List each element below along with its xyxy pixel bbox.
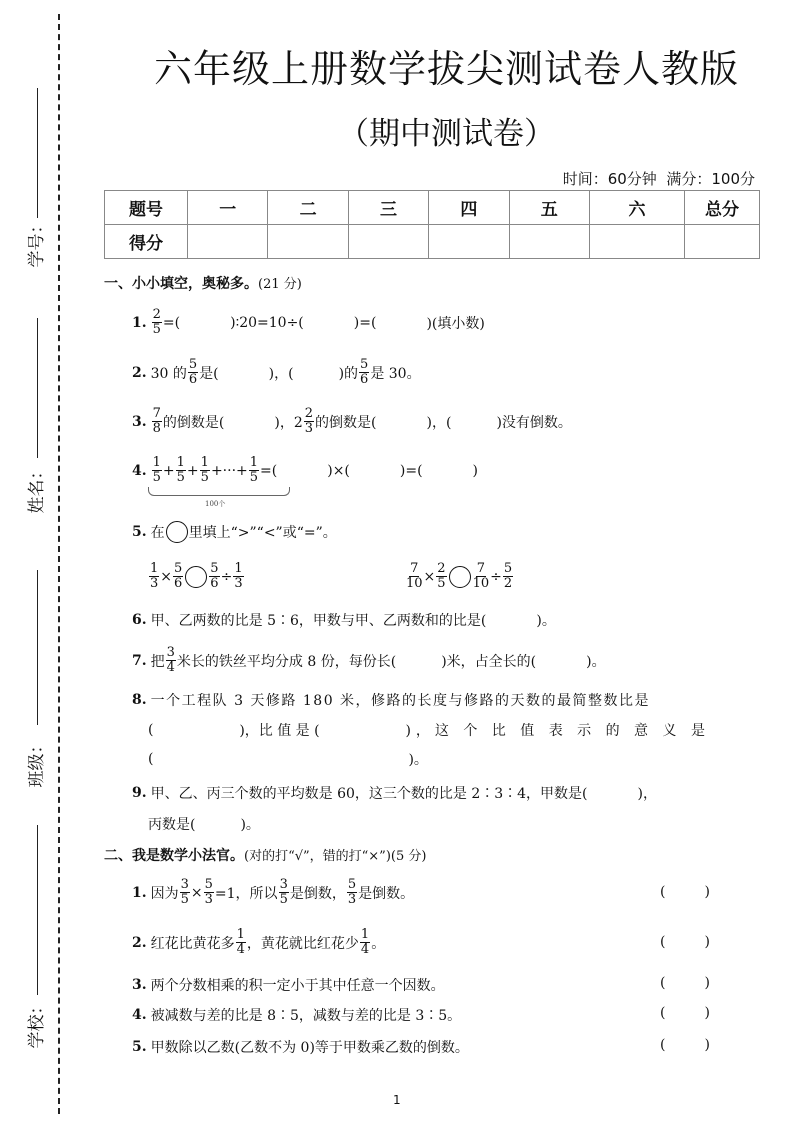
- fraction: 53: [204, 878, 214, 907]
- denominator: 10: [473, 577, 490, 591]
- text: )，: [638, 783, 657, 803]
- fraction: 14: [236, 928, 246, 957]
- denominator: 5: [250, 471, 258, 485]
- text: 是(: [199, 363, 218, 383]
- denominator: 5: [177, 471, 185, 485]
- denominator: 4: [361, 943, 369, 957]
- question-2-3: 3. 两个分数相乘的积一定小于其中任意一个因数。: [132, 975, 445, 995]
- score-cell[interactable]: [188, 225, 268, 259]
- exam-meta: 时间：60分钟 满分：100分: [563, 168, 755, 189]
- numerator: 5: [173, 562, 183, 577]
- section-1-title: 一、小小填空，奥秘多。: [104, 276, 258, 292]
- student-id-label: 学号：: [14, 222, 54, 262]
- denominator: 3: [305, 422, 313, 436]
- text: 里填上“>”“<”或“=”。: [189, 522, 337, 542]
- fraction: 56: [359, 358, 369, 387]
- text: 的倒数是(: [315, 412, 376, 432]
- underbrace: [148, 487, 290, 496]
- question-number: 4.: [132, 463, 147, 479]
- judge-box-4[interactable]: (): [660, 1005, 710, 1021]
- header-cell: 五: [509, 191, 589, 225]
- text: )的: [339, 363, 358, 383]
- paren: (: [660, 975, 665, 991]
- denominator: 6: [174, 577, 182, 591]
- score-cell[interactable]: [268, 225, 348, 259]
- fraction: 15: [200, 456, 210, 485]
- fraction: 35: [279, 878, 289, 907]
- numerator: 1: [176, 456, 186, 471]
- numerator: 5: [347, 878, 357, 893]
- question-1-5: 5. 在 里填上“>”“<”或“=”。: [132, 521, 337, 543]
- paren: ): [705, 1037, 710, 1053]
- denominator: 6: [210, 577, 218, 591]
- name-line: [37, 318, 38, 458]
- time-limit: 时间：60分钟: [563, 170, 657, 188]
- numerator: 7: [476, 562, 486, 577]
- question-1-3: 3. 78 的倒数是( )，2 23 的倒数是( )，( )没有倒数。: [132, 407, 572, 436]
- paren: (: [660, 884, 665, 900]
- numerator: 7: [152, 407, 162, 422]
- denominator: 5: [153, 323, 161, 337]
- denominator: 3: [205, 893, 213, 907]
- fraction: 56: [173, 562, 183, 591]
- numerator: 5: [359, 358, 369, 373]
- fraction: 23: [304, 407, 314, 436]
- paren: ): [705, 1005, 710, 1021]
- denominator: 5: [280, 893, 288, 907]
- fraction: 14: [360, 928, 370, 957]
- denominator: 3: [348, 893, 356, 907]
- denominator: 5: [181, 893, 189, 907]
- text: )，(: [427, 412, 452, 432]
- question-number: 2.: [132, 935, 147, 951]
- header-cell: 一: [188, 191, 268, 225]
- header-cell: 六: [590, 191, 685, 225]
- denominator: 2: [504, 577, 512, 591]
- text: 甲、乙、丙三个数的平均数是 60，这三个数的比是 2∶3∶4，甲数是(: [151, 783, 588, 803]
- question-2-5: 5. 甲数除以乙数(乙数不为 0)等于甲数乘乙数的倒数。: [132, 1037, 469, 1057]
- judge-box-3[interactable]: (): [660, 975, 710, 991]
- comparison-1: 13 × 56 56 ÷ 13: [148, 562, 245, 591]
- denominator: 5: [437, 577, 445, 591]
- question-number: 1.: [132, 315, 147, 331]
- school-line: [37, 825, 38, 995]
- numerator: 1: [249, 456, 259, 471]
- numerator: 1: [149, 562, 159, 577]
- paren: (: [660, 1037, 665, 1053]
- comparison-circle[interactable]: [185, 566, 207, 588]
- operator: ÷: [490, 569, 502, 585]
- score-table-score-row: 得分: [105, 225, 760, 259]
- section-2-heading: 二、我是数学小法官。(对的打“√”，错的打“×”)(5 分): [104, 845, 426, 865]
- name-label: 姓名：: [14, 468, 54, 508]
- question-1-1: 1. 25 =( )∶20=10÷( )=( )(填小数): [132, 308, 485, 337]
- score-cell[interactable]: [348, 225, 428, 259]
- question-1-4: 4. 15 + 15 + 15 +···+ 15 =( )×( )=( ): [132, 456, 478, 485]
- question-number: 9.: [132, 785, 147, 801]
- numerator: 5: [503, 562, 513, 577]
- text: )(填小数): [426, 313, 484, 333]
- text: )。: [240, 814, 259, 834]
- judge-box-5[interactable]: (): [660, 1037, 710, 1053]
- denominator: 5: [153, 471, 161, 485]
- header-cell: 总分: [685, 191, 760, 225]
- section-1-points: (21 分): [258, 277, 302, 292]
- score-cell[interactable]: [509, 225, 589, 259]
- text: )，这 个 比 值 表 示 的 意 义 是: [405, 720, 710, 740]
- text: ，黄花就比红花少: [247, 933, 359, 953]
- denominator: 4: [237, 943, 245, 957]
- numerator: 2: [436, 562, 446, 577]
- text: (: [148, 751, 153, 767]
- fraction: 78: [152, 407, 162, 436]
- row-label: 得分: [105, 225, 188, 259]
- text: 。: [371, 933, 385, 953]
- question-1-2: 2. 30 的 56 是( )，( )的 56 是 30。: [132, 358, 421, 387]
- question-1-8-line-3: ( )。: [148, 749, 428, 769]
- numerator: 3: [279, 878, 289, 893]
- paren: ): [705, 884, 710, 900]
- text: )，(: [269, 363, 294, 383]
- operator: ×: [191, 885, 203, 901]
- section-2-title: 二、我是数学小法官。: [104, 848, 244, 864]
- fraction: 13: [233, 562, 243, 591]
- text: )。: [408, 749, 427, 769]
- binding-dashed-line: [58, 14, 60, 1114]
- plus-sign: +: [187, 463, 199, 479]
- denominator: 3: [150, 577, 158, 591]
- score-cell[interactable]: [429, 225, 509, 259]
- text: 是倒数，: [290, 883, 346, 903]
- comparison-2: 710 × 25 710 ÷ 52: [405, 562, 514, 591]
- paren: (: [660, 934, 665, 950]
- numerator: 1: [360, 928, 370, 943]
- header-cell: 四: [429, 191, 509, 225]
- denominator: 10: [406, 577, 423, 591]
- denominator: 5: [201, 471, 209, 485]
- text: )。: [536, 610, 555, 630]
- question-number: 3.: [132, 414, 147, 430]
- text: 甲数除以乙数(乙数不为 0)等于甲数乘乙数的倒数。: [151, 1037, 469, 1057]
- numerator: 3: [166, 646, 176, 661]
- fraction: 710: [473, 562, 490, 591]
- fraction: 52: [503, 562, 513, 591]
- score-cell[interactable]: [685, 225, 760, 259]
- fraction: 25: [436, 562, 446, 591]
- student-id-line: [37, 88, 38, 218]
- circle-icon: [166, 521, 188, 543]
- numerator: 5: [204, 878, 214, 893]
- section-1-heading: 一、小小填空，奥秘多。(21 分): [104, 273, 302, 293]
- paren: (: [660, 1005, 665, 1021]
- numerator: 1: [233, 562, 243, 577]
- plus-sign: +: [163, 463, 175, 479]
- question-number: 7.: [132, 653, 147, 669]
- text: =(: [260, 463, 277, 479]
- text: 两个分数相乘的积一定小于其中任意一个因数。: [151, 975, 445, 995]
- score-cell[interactable]: [590, 225, 685, 259]
- paren: ): [705, 934, 710, 950]
- fraction: 15: [176, 456, 186, 485]
- numerator: 7: [409, 562, 419, 577]
- ellipsis: +···+: [211, 463, 248, 479]
- underbrace-label: 100个: [205, 499, 225, 509]
- class-line: [37, 570, 38, 725]
- question-1-9-line-2: 丙数是( )。: [148, 814, 260, 834]
- numerator: 1: [236, 928, 246, 943]
- fraction: 15: [249, 456, 259, 485]
- question-number: 5.: [132, 1039, 147, 1055]
- header-cell: 三: [348, 191, 428, 225]
- text: )=(: [400, 463, 423, 479]
- text: )×(: [327, 463, 350, 479]
- text: 丙数是(: [148, 814, 195, 834]
- fraction: 56: [188, 358, 198, 387]
- page-number: 1: [393, 1093, 401, 1107]
- score-table: 题号 一 二 三 四 五 六 总分 得分: [104, 190, 760, 259]
- operator: ÷: [221, 569, 233, 585]
- operator: ×: [424, 569, 436, 585]
- denominator: 4: [167, 661, 175, 675]
- fraction: 710: [406, 562, 423, 591]
- text: 30 的: [151, 363, 187, 383]
- fraction: 15: [152, 456, 162, 485]
- text: (: [148, 722, 153, 738]
- fraction: 56: [209, 562, 219, 591]
- question-1-8: 8. 一个工程队 3 天修路 180 米，修路的长度与修路的天数的最简整数比是: [132, 690, 650, 710]
- judge-box-1[interactable]: (): [660, 884, 710, 900]
- page-subtitle: （期中测试卷）: [100, 108, 793, 153]
- question-number: 8.: [132, 692, 147, 708]
- question-number: 5.: [132, 524, 147, 540]
- text: 甲、乙两数的比是 5∶6，甲数与甲、乙两数和的比是(: [151, 610, 487, 630]
- class-label: 班级：: [14, 742, 54, 782]
- text: )。: [586, 651, 605, 671]
- numerator: 1: [152, 456, 162, 471]
- text: )∶20=10÷(: [230, 315, 304, 331]
- question-1-6: 6. 甲、乙两数的比是 5∶6，甲数与甲、乙两数和的比是( )。: [132, 610, 556, 630]
- header-cell: 二: [268, 191, 348, 225]
- denominator: 6: [360, 373, 368, 387]
- comparison-circle[interactable]: [449, 566, 471, 588]
- numerator: 5: [209, 562, 219, 577]
- section-2-note: (对的打“√”，错的打“×”)(5 分): [244, 849, 426, 864]
- fraction: 53: [347, 878, 357, 907]
- denominator: 3: [234, 577, 242, 591]
- text: 红花比黄花多: [151, 933, 235, 953]
- text: )米，占全长的(: [441, 651, 536, 671]
- text: 是倒数。: [358, 883, 414, 903]
- full-score: 满分：100分: [666, 170, 755, 188]
- numerator: 3: [180, 878, 190, 893]
- paren: ): [705, 975, 710, 991]
- question-1-7: 7. 把 34 米长的铁丝平均分成 8 份，每份长( )米，占全长的( )。: [132, 646, 606, 675]
- question-2-1: 1. 因为 35 × 53 =1，所以 35 是倒数， 53 是倒数。: [132, 878, 414, 907]
- fraction: 35: [180, 878, 190, 907]
- judge-box-2[interactable]: (): [660, 934, 710, 950]
- school-label: 学校：: [14, 1003, 54, 1043]
- question-number: 1.: [132, 885, 147, 901]
- header-cell: 题号: [105, 191, 188, 225]
- score-table-header-row: 题号 一 二 三 四 五 六 总分: [105, 191, 760, 225]
- text: =1，所以: [215, 883, 278, 903]
- text: ): [473, 463, 478, 479]
- question-1-8-line-2: ( )，比 值 是 ( )，这 个 比 值 表 示 的 意 义 是: [148, 720, 710, 740]
- text: 一个工程队 3 天修路 180 米，修路的长度与修路的天数的最简整数比是: [151, 690, 650, 710]
- denominator: 6: [189, 373, 197, 387]
- page-title: 六年级上册数学拔尖测试卷人教版: [100, 38, 793, 93]
- text: 的倒数是(: [163, 412, 224, 432]
- question-number: 3.: [132, 977, 147, 993]
- question-1-9: 9. 甲、乙、丙三个数的平均数是 60，这三个数的比是 2∶3∶4，甲数是( )…: [132, 783, 710, 803]
- operator: ×: [160, 569, 172, 585]
- fraction: 25: [152, 308, 162, 337]
- fraction: 34: [166, 646, 176, 675]
- text: 被减数与差的比是 8∶5，减数与差的比是 3∶5。: [151, 1005, 462, 1025]
- text: 在: [151, 522, 165, 542]
- text: 是 30。: [370, 363, 420, 383]
- question-2-2: 2. 红花比黄花多 14 ，黄花就比红花少 14 。: [132, 928, 385, 957]
- denominator: 8: [153, 422, 161, 436]
- question-number: 2.: [132, 365, 147, 381]
- numerator: 2: [304, 407, 314, 422]
- fraction: 13: [149, 562, 159, 591]
- text: )=(: [354, 315, 377, 331]
- question-number: 4.: [132, 1007, 147, 1023]
- text: )，比 值 是 (: [239, 720, 319, 740]
- text: =(: [163, 315, 180, 331]
- question-2-4: 4. 被减数与差的比是 8∶5，减数与差的比是 3∶5。: [132, 1005, 461, 1025]
- text: 把: [151, 651, 165, 671]
- numerator: 2: [152, 308, 162, 323]
- text: 因为: [151, 883, 179, 903]
- text: )没有倒数。: [496, 412, 571, 432]
- numerator: 1: [200, 456, 210, 471]
- text: )，2: [274, 412, 302, 432]
- numerator: 5: [188, 358, 198, 373]
- question-number: 6.: [132, 612, 147, 628]
- text: 米长的铁丝平均分成 8 份，每份长(: [177, 651, 396, 671]
